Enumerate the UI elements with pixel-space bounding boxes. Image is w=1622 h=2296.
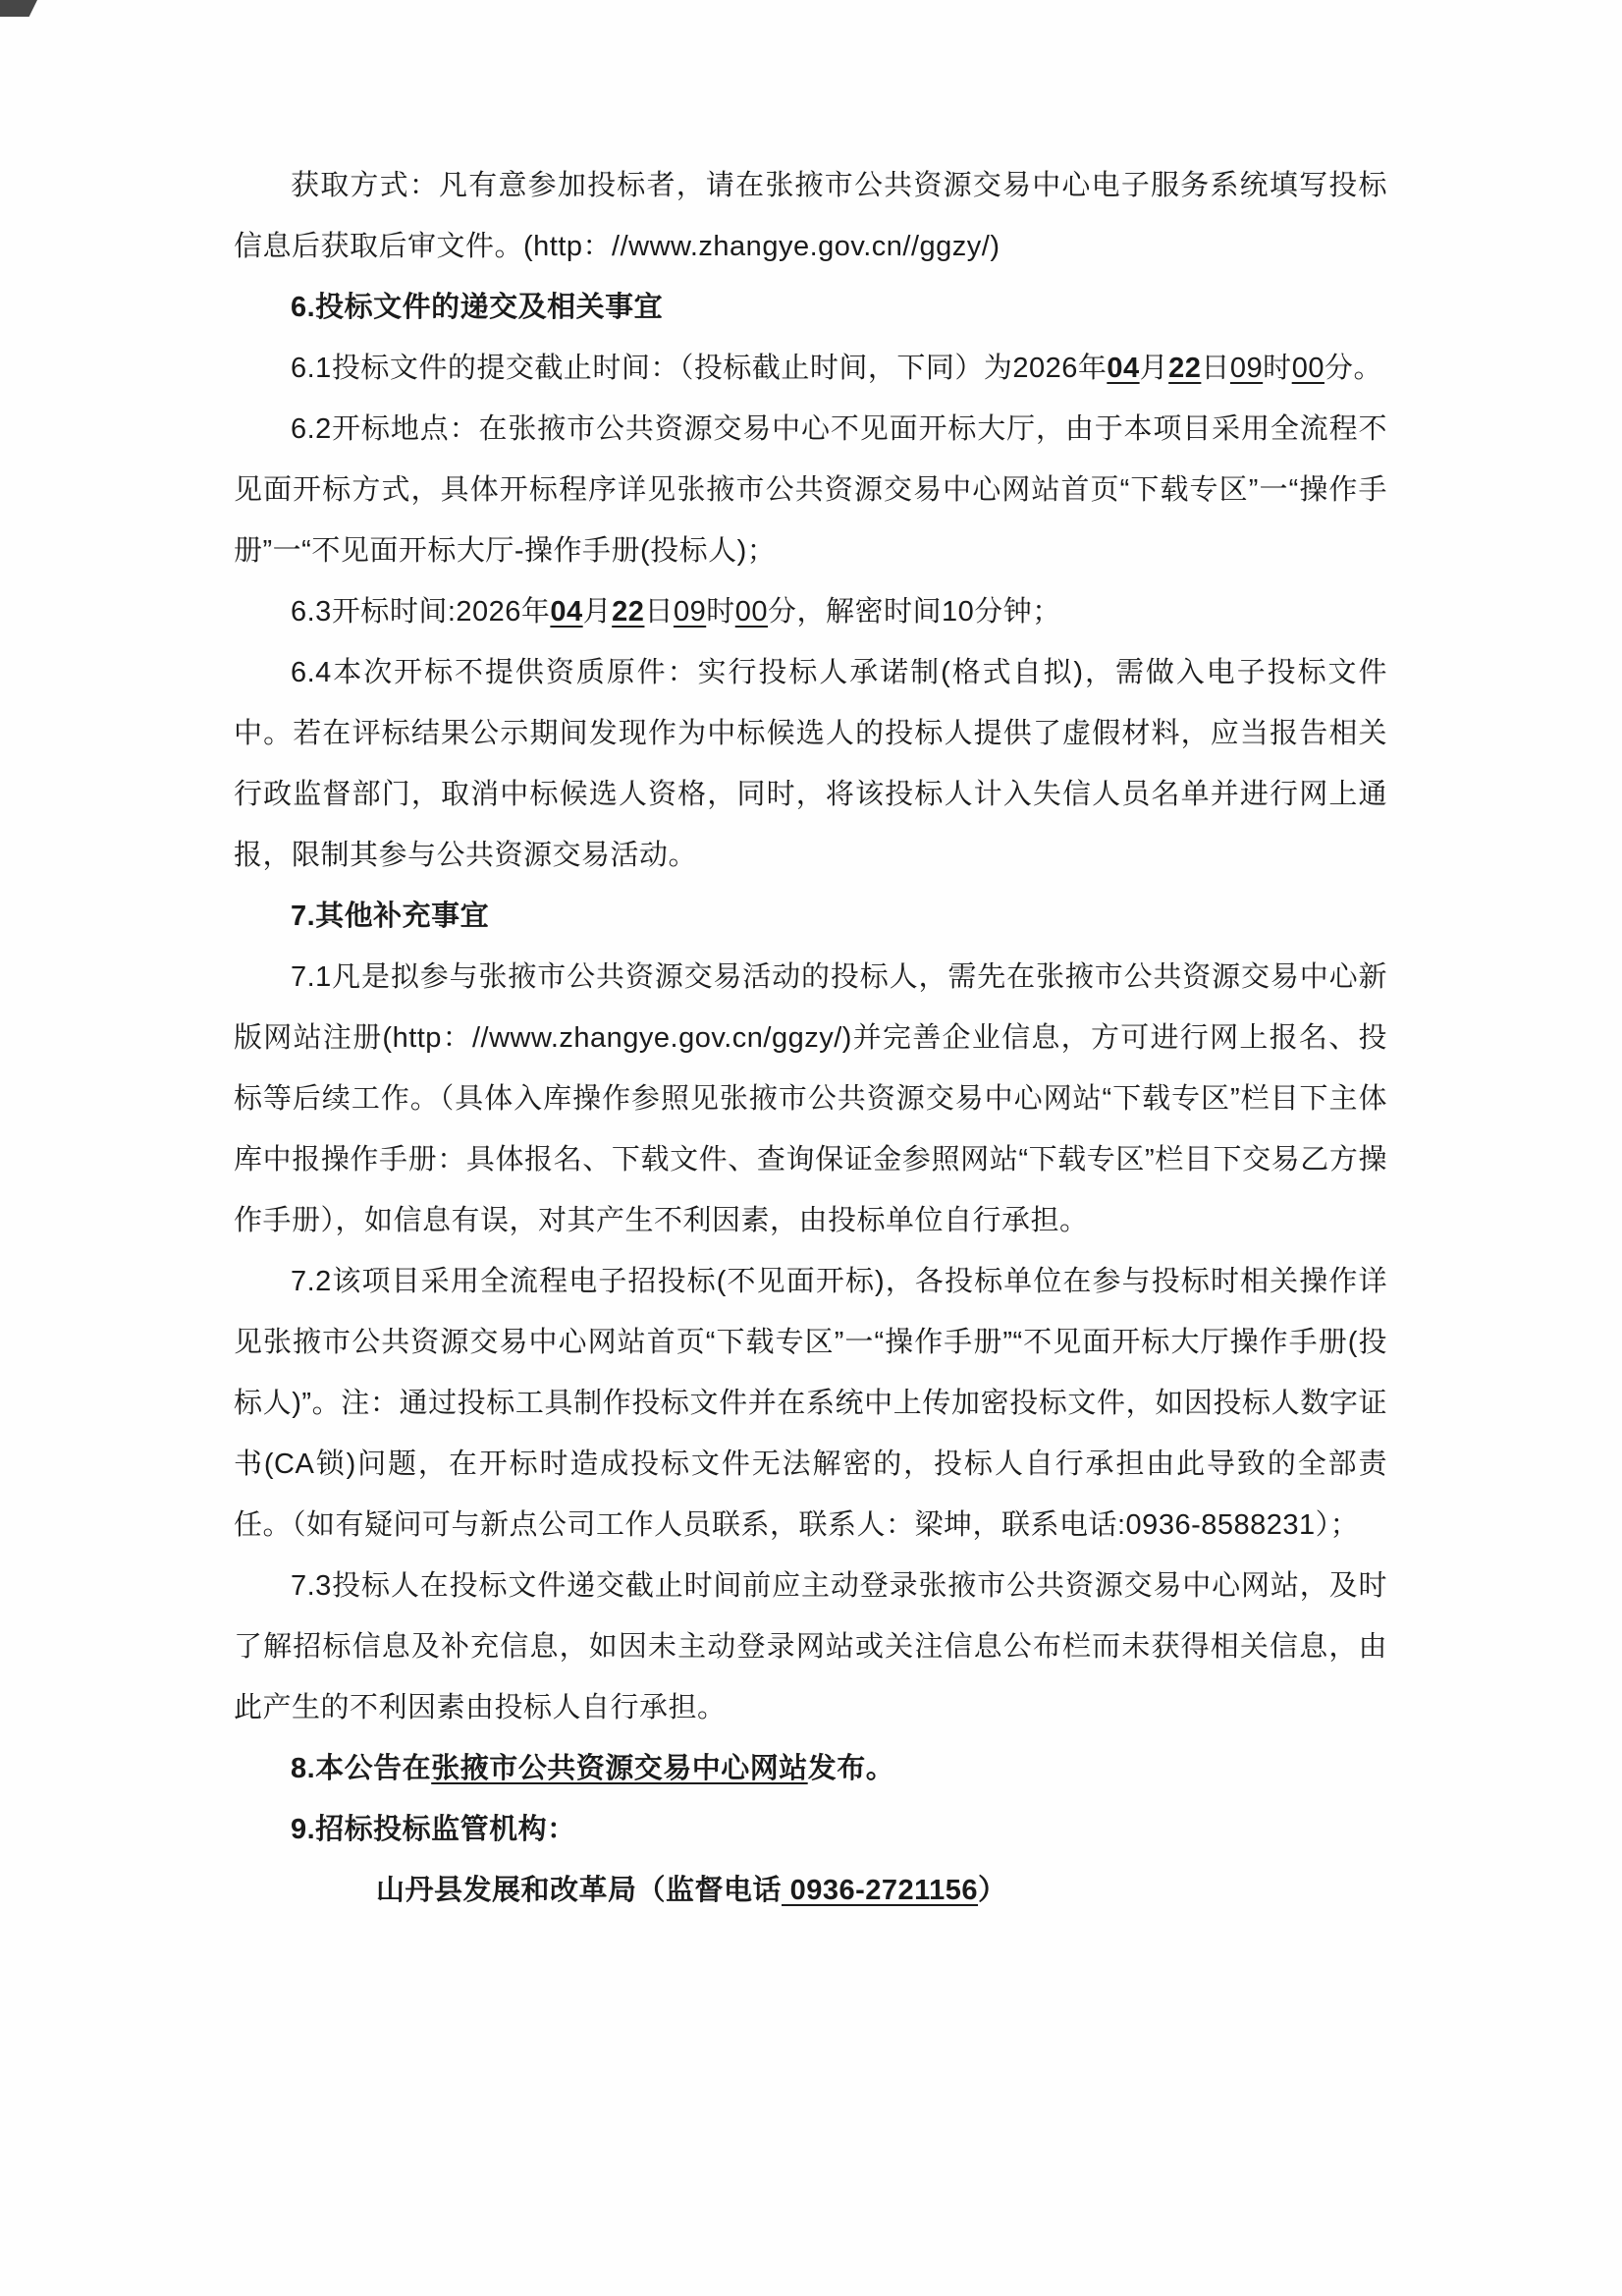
- text-run: 7.3投标人在投标文件递交截止时间前应主动登录张掖市公共资源交易中心网站，及时了…: [234, 1570, 1387, 1723]
- paragraph: 7.1凡是拟参与张掖市公共资源交易活动的投标人，需先在张掖市公共资源交易中心新版…: [234, 947, 1387, 1251]
- text-run: 月: [583, 596, 613, 628]
- underlined-text-run: 00: [1292, 353, 1325, 384]
- underlined-text-run: 09: [1230, 353, 1263, 384]
- underlined-text-run: 00: [735, 596, 768, 628]
- text-run: 发布。: [808, 1753, 895, 1784]
- document-body: 获取方式：凡有意参加投标者，请在张掖市公共资源交易中心电子服务系统填写投标信息后…: [234, 155, 1387, 1921]
- text-run: ）: [978, 1875, 1007, 1906]
- text-run: 时: [706, 596, 735, 628]
- text-run: 7.2该项目采用全流程电子招投标(不见面开标)，各投标单位在参与投标时相关操作详…: [234, 1266, 1387, 1541]
- paragraph: 6.1投标文件的提交截止时间：（投标截止时间，下同）为2026年04月22日09…: [234, 338, 1387, 399]
- paragraph: 7.3投标人在投标文件递交截止时间前应主动登录张掖市公共资源交易中心网站，及时了…: [234, 1556, 1387, 1738]
- paragraph: 山丹县发展和改革局（监督电话 0936-2721156）: [234, 1860, 1387, 1921]
- section-heading: 6.投标文件的递交及相关事宜: [234, 277, 1387, 338]
- paragraph: 6.4本次开标不提供资质原件：实行投标人承诺制(格式自拟)，需做入电子投标文件中…: [234, 642, 1387, 886]
- underlined-text-run: 22: [612, 596, 644, 628]
- text-run: 分。: [1325, 353, 1382, 384]
- text-run: 时: [1263, 353, 1292, 384]
- paragraph: 6.3开标时间:2026年04月22日09时00分，解密时间10分钟；: [234, 581, 1387, 642]
- text-run: 6.3开标时间:2026年: [291, 596, 550, 628]
- text-run: 8.本公告在: [291, 1753, 431, 1784]
- section-heading: 7.其他补充事宜: [234, 886, 1387, 947]
- underlined-text-run: 09: [674, 596, 706, 628]
- paragraph: 获取方式：凡有意参加投标者，请在张掖市公共资源交易中心电子服务系统填写投标信息后…: [234, 155, 1387, 277]
- text-run: 6.投标文件的递交及相关事宜: [291, 292, 663, 323]
- underlined-text-run: 04: [1107, 353, 1139, 384]
- paragraph: 9.招标投标监管机构：: [234, 1799, 1387, 1860]
- text-run: 6.4本次开标不提供资质原件：实行投标人承诺制(格式自拟)，需做入电子投标文件中…: [234, 657, 1387, 871]
- scan-corner-artifact: [0, 0, 37, 17]
- text-run: 6.2开标地点：在张掖市公共资源交易中心不见面开标大厅，由于本项目采用全流程不见…: [234, 413, 1387, 567]
- underlined-text-run: 0936-2721156: [782, 1875, 978, 1906]
- text-run: 日: [644, 596, 674, 628]
- text-run: 山丹县发展和改革局（监督电话: [376, 1875, 782, 1906]
- text-run: 9.招标投标监管机构：: [291, 1814, 576, 1845]
- text-run: 7.1凡是拟参与张掖市公共资源交易活动的投标人，需先在张掖市公共资源交易中心新版…: [234, 961, 1387, 1236]
- paragraph: 6.2开标地点：在张掖市公共资源交易中心不见面开标大厅，由于本项目采用全流程不见…: [234, 399, 1387, 581]
- underlined-text-run: 张掖市公共资源交易中心网站: [431, 1753, 808, 1784]
- text-run: 分，解密时间10分钟；: [768, 596, 1061, 628]
- text-run: 6.1投标文件的提交截止时间：（投标截止时间，下同）为2026年: [291, 353, 1107, 384]
- paragraph: 7.2该项目采用全流程电子招投标(不见面开标)，各投标单位在参与投标时相关操作详…: [234, 1251, 1387, 1556]
- paragraph: 8.本公告在张掖市公共资源交易中心网站发布。: [234, 1738, 1387, 1799]
- document-page: 获取方式：凡有意参加投标者，请在张掖市公共资源交易中心电子服务系统填写投标信息后…: [0, 0, 1622, 2296]
- text-run: 获取方式：凡有意参加投标者，请在张掖市公共资源交易中心电子服务系统填写投标信息后…: [234, 170, 1387, 262]
- text-run: 日: [1201, 353, 1230, 384]
- text-run: 7.其他补充事宜: [291, 901, 489, 932]
- text-run: 月: [1140, 353, 1169, 384]
- underlined-text-run: 04: [550, 596, 582, 628]
- underlined-text-run: 22: [1168, 353, 1201, 384]
